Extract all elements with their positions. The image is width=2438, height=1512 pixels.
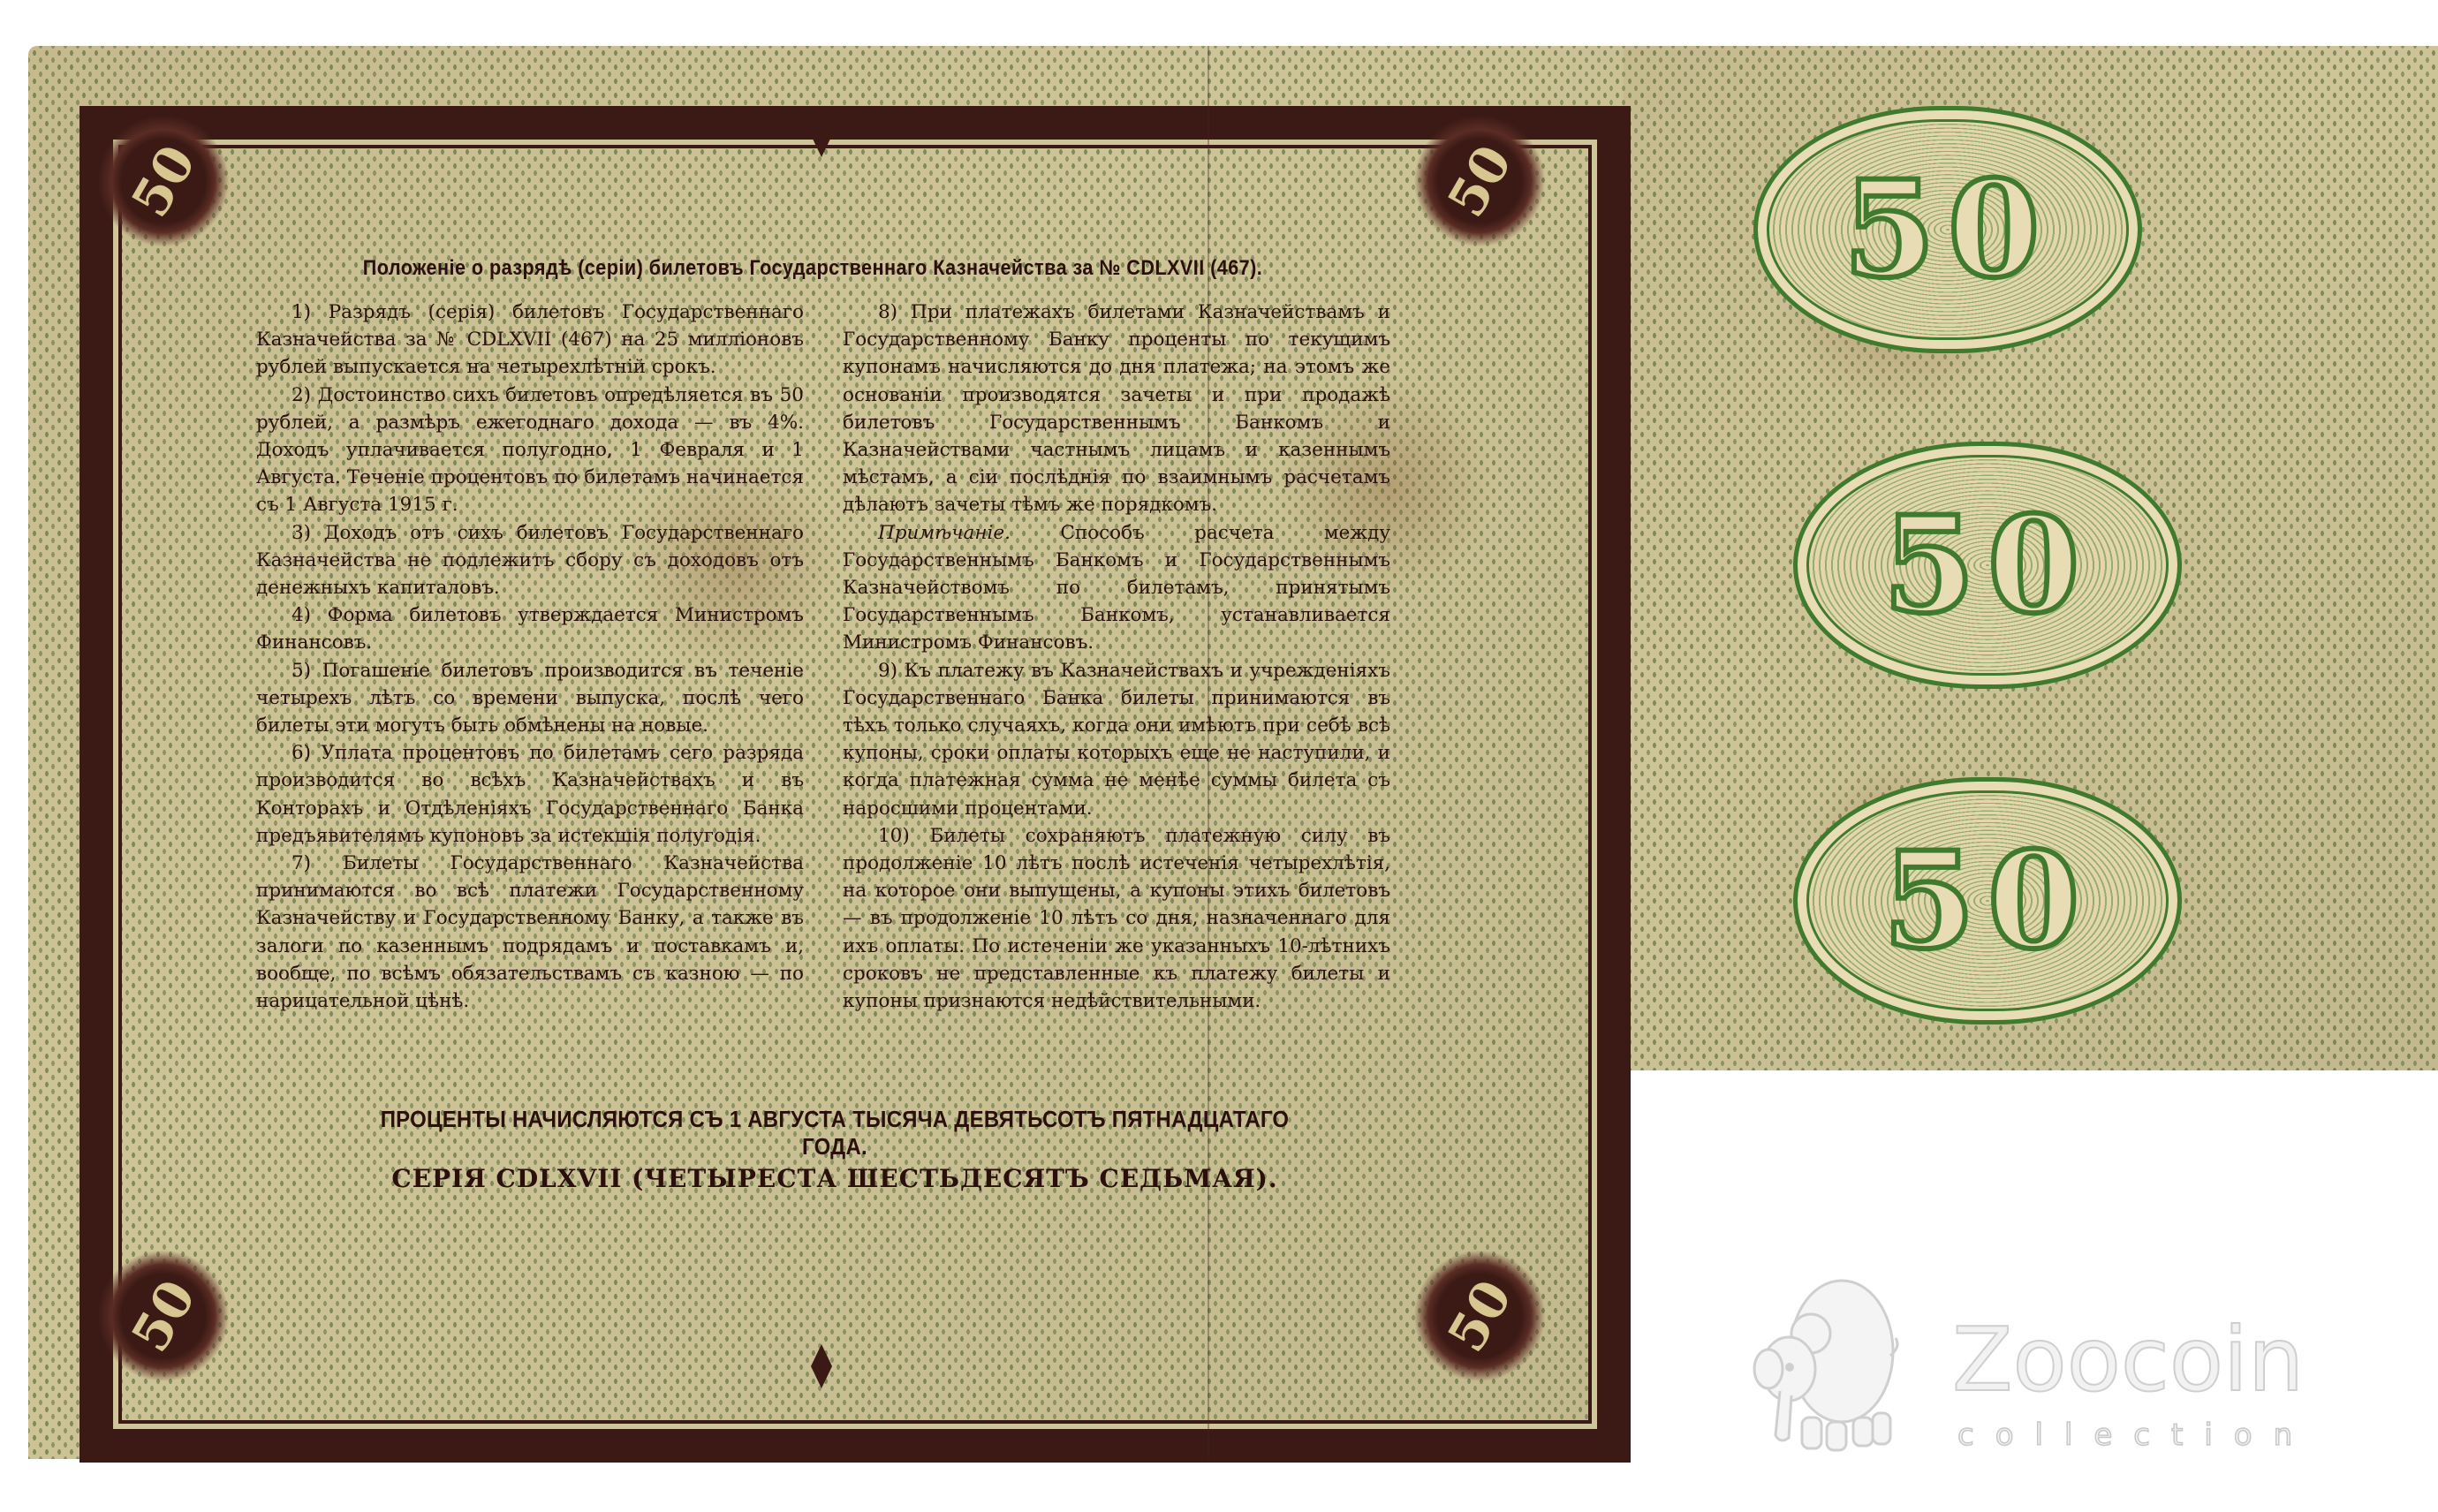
corner-numeral-top-left: 50 xyxy=(97,115,230,247)
coupon-2: 50 xyxy=(1793,442,2182,689)
clause-1: 1) Разрядъ (серiя) билетовъ Государствен… xyxy=(256,299,804,382)
note-label: Примѣчанiе. xyxy=(878,522,1011,544)
clause-note: Примѣчанiе. Способъ расчета между Госуда… xyxy=(843,519,1390,657)
watermark-brand: Zoocoin xyxy=(1952,1316,2304,1404)
coupon-3: 50 xyxy=(1793,777,2182,1024)
regulations-text: Положенiе о разрядѣ (серiи) билетовъ Гос… xyxy=(256,256,1396,1015)
clause-8: 8) При платежахъ билетами Казначействамъ… xyxy=(843,299,1390,519)
coupon-value: 50 xyxy=(1793,442,2182,689)
corner-numeral-bottom-right: 50 xyxy=(1413,1250,1546,1382)
coupon-value: 50 xyxy=(1753,106,2142,353)
clause-10: 10) Билеты сохраняютъ платежную силу въ … xyxy=(843,822,1390,1015)
series-line: СЕРIЯ CDLXVII (ЧЕТЫРЕСТА ШЕСТЬДЕСЯТЪ СЕД… xyxy=(331,1164,1338,1193)
left-column: 1) Разрядъ (серiя) билетовъ Государствен… xyxy=(256,299,804,1015)
watermark-subtitle: collection xyxy=(1957,1417,2313,1453)
clause-4: 4) Форма билетовъ утверждается Министром… xyxy=(256,601,804,656)
elephant-logo-icon xyxy=(1749,1272,1899,1453)
corner-numeral-bottom-left: 50 xyxy=(97,1250,230,1382)
clause-9: 9) Къ платежу въ Казначействахъ и учрежд… xyxy=(843,657,1390,822)
zoocoin-watermark: Zoocoin collection xyxy=(1740,1263,2411,1466)
right-column: 8) При платежахъ билетами Казначействамъ… xyxy=(843,299,1390,1015)
coupon-1: 50 xyxy=(1753,106,2142,353)
corner-numeral-top-right: 50 xyxy=(1413,115,1546,247)
regulations-title: Положенiе о разрядѣ (серiи) билетовъ Гос… xyxy=(256,256,1369,281)
clause-7: 7) Билеты Государственнаго Казначейства … xyxy=(256,850,804,1015)
coupon-value: 50 xyxy=(1793,777,2182,1024)
clause-6: 6) Уплата процентовъ по билетамъ сего ра… xyxy=(256,739,804,850)
clause-3: 3) Доходъ отъ сихъ билетовъ Государствен… xyxy=(256,519,804,602)
clause-5: 5) Погашенiе билетовъ производится въ те… xyxy=(256,657,804,740)
interest-start-line: ПРОЦЕНТЫ НАЧИСЛЯЮТСЯ СЪ 1 АВГУСТА ТЫСЯЧА… xyxy=(372,1106,1298,1160)
clause-2: 2) Достоинство сихъ билетовъ опредѣляетс… xyxy=(256,382,804,519)
